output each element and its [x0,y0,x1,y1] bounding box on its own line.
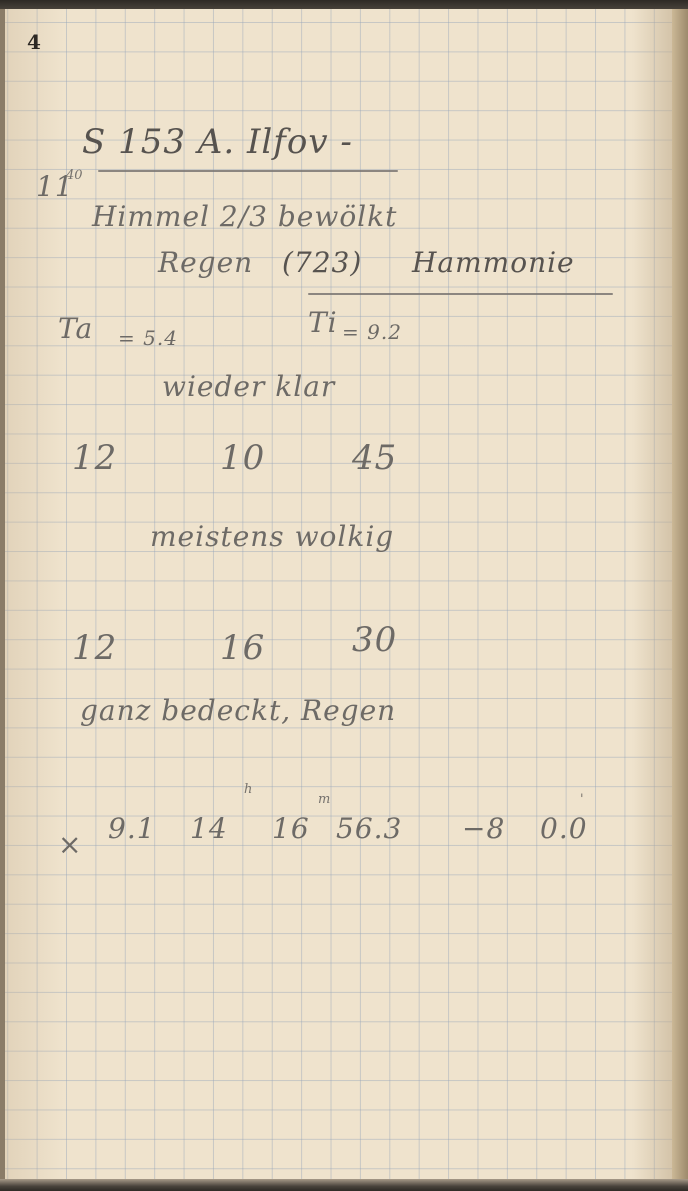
measurement-value-6: 0.0 [540,812,588,845]
ti-value: = 9.2 [342,320,402,344]
heading-underline [98,170,398,172]
heading-text: S 153 A. Ilfov - [82,122,353,162]
sky-note: Himmel 2/3 bewölkt [92,200,397,233]
measurement-value-3: 16 [272,812,310,845]
klar-note: wieder klar [162,370,335,403]
time-minutes: 40 [66,168,83,183]
row1-seconds: 45 [352,438,397,478]
measurement-sup-prime: ' [580,792,584,807]
place-underline [308,293,613,295]
notebook-scan: 4 S 153 A. Ilfov - 11 40 Himmel 2/3 bewö… [0,0,688,1191]
row1-hours: 12 [72,438,117,478]
measurement-value-1: 9.1 [108,812,156,845]
ti-label: Ti [308,306,338,339]
measurement-value-5: −8 [462,812,505,845]
measurement-sup-m: m [318,792,330,807]
measurement-sup-h: h [244,782,252,797]
measurement-value-2: 14 [190,812,228,845]
graph-paper-page [4,9,672,1179]
right-page-edge [672,9,688,1179]
ta-label: Ta [58,312,93,345]
rain-note: Regen [158,246,253,279]
page-number: 4 [27,30,41,54]
bottom-cover-edge [0,1179,688,1191]
row2-minutes: 16 [220,628,265,668]
left-binding [0,9,5,1179]
row2-hours: 12 [72,628,117,668]
wolk-note: meistens wolkig [150,520,394,553]
ta-value: = 5.4 [118,326,178,350]
place-name: Hammonie [412,246,575,279]
rain-number: (723) [282,246,362,279]
regen-note: ganz bedeckt, Regen [80,694,396,727]
measurement-marker: × [58,828,82,861]
measurement-value-4: 56.3 [336,812,402,845]
row2-seconds: 30 [352,620,397,660]
row1-minutes: 10 [220,438,265,478]
